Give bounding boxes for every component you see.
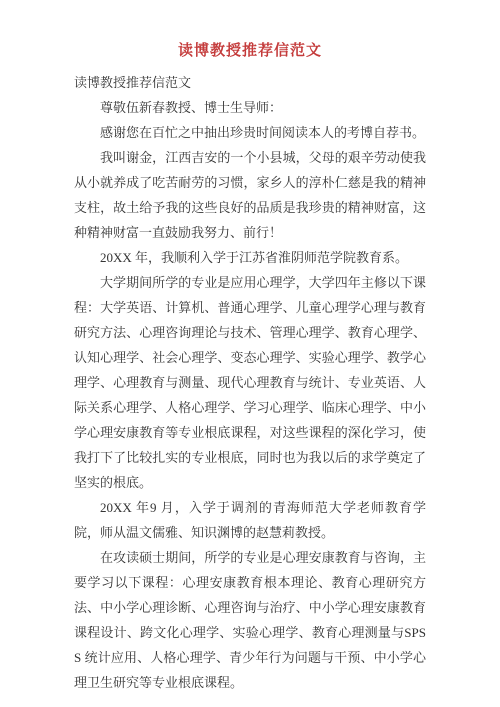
- paragraph: 感谢您在百忙之中抽出珍贵时间阅读本人的考博自荐书。: [74, 120, 426, 145]
- document-page: 读博教授推荐信范文 读博教授推荐信范文 尊敬伍新春教授、博士生导师： 感谢您在百…: [0, 0, 500, 707]
- document-title: 读博教授推荐信范文: [0, 0, 500, 61]
- paragraph: 20XX 年9 月，入学于调剂的青海师范大学老师教育学院，师从温文儒雅、知识渊博…: [74, 495, 426, 545]
- document-body: 读博教授推荐信范文 尊敬伍新春教授、博士生导师： 感谢您在百忙之中抽出珍贵时间阅…: [74, 70, 426, 695]
- paragraph: 我叫谢金，江西吉安的一个小县城，父母的艰辛劳动使我从小就养成了吃苦耐劳的习惯，家…: [74, 145, 426, 245]
- paragraph: 尊敬伍新春教授、博士生导师：: [74, 95, 426, 120]
- paragraph: 20XX 年，我顺利入学于江苏省淮阴师范学院教育系。: [74, 245, 426, 270]
- paragraph: 大学期间所学的专业是应用心理学，大学四年主修以下课程：大学英语、计算机、普通心理…: [74, 270, 426, 495]
- paragraph: 读博教授推荐信范文: [74, 70, 426, 95]
- paragraph: 在攻读硕士期间，所学的专业是心理安康教育与咨询，主要学习以下课程：心理安康教育根…: [74, 545, 426, 695]
